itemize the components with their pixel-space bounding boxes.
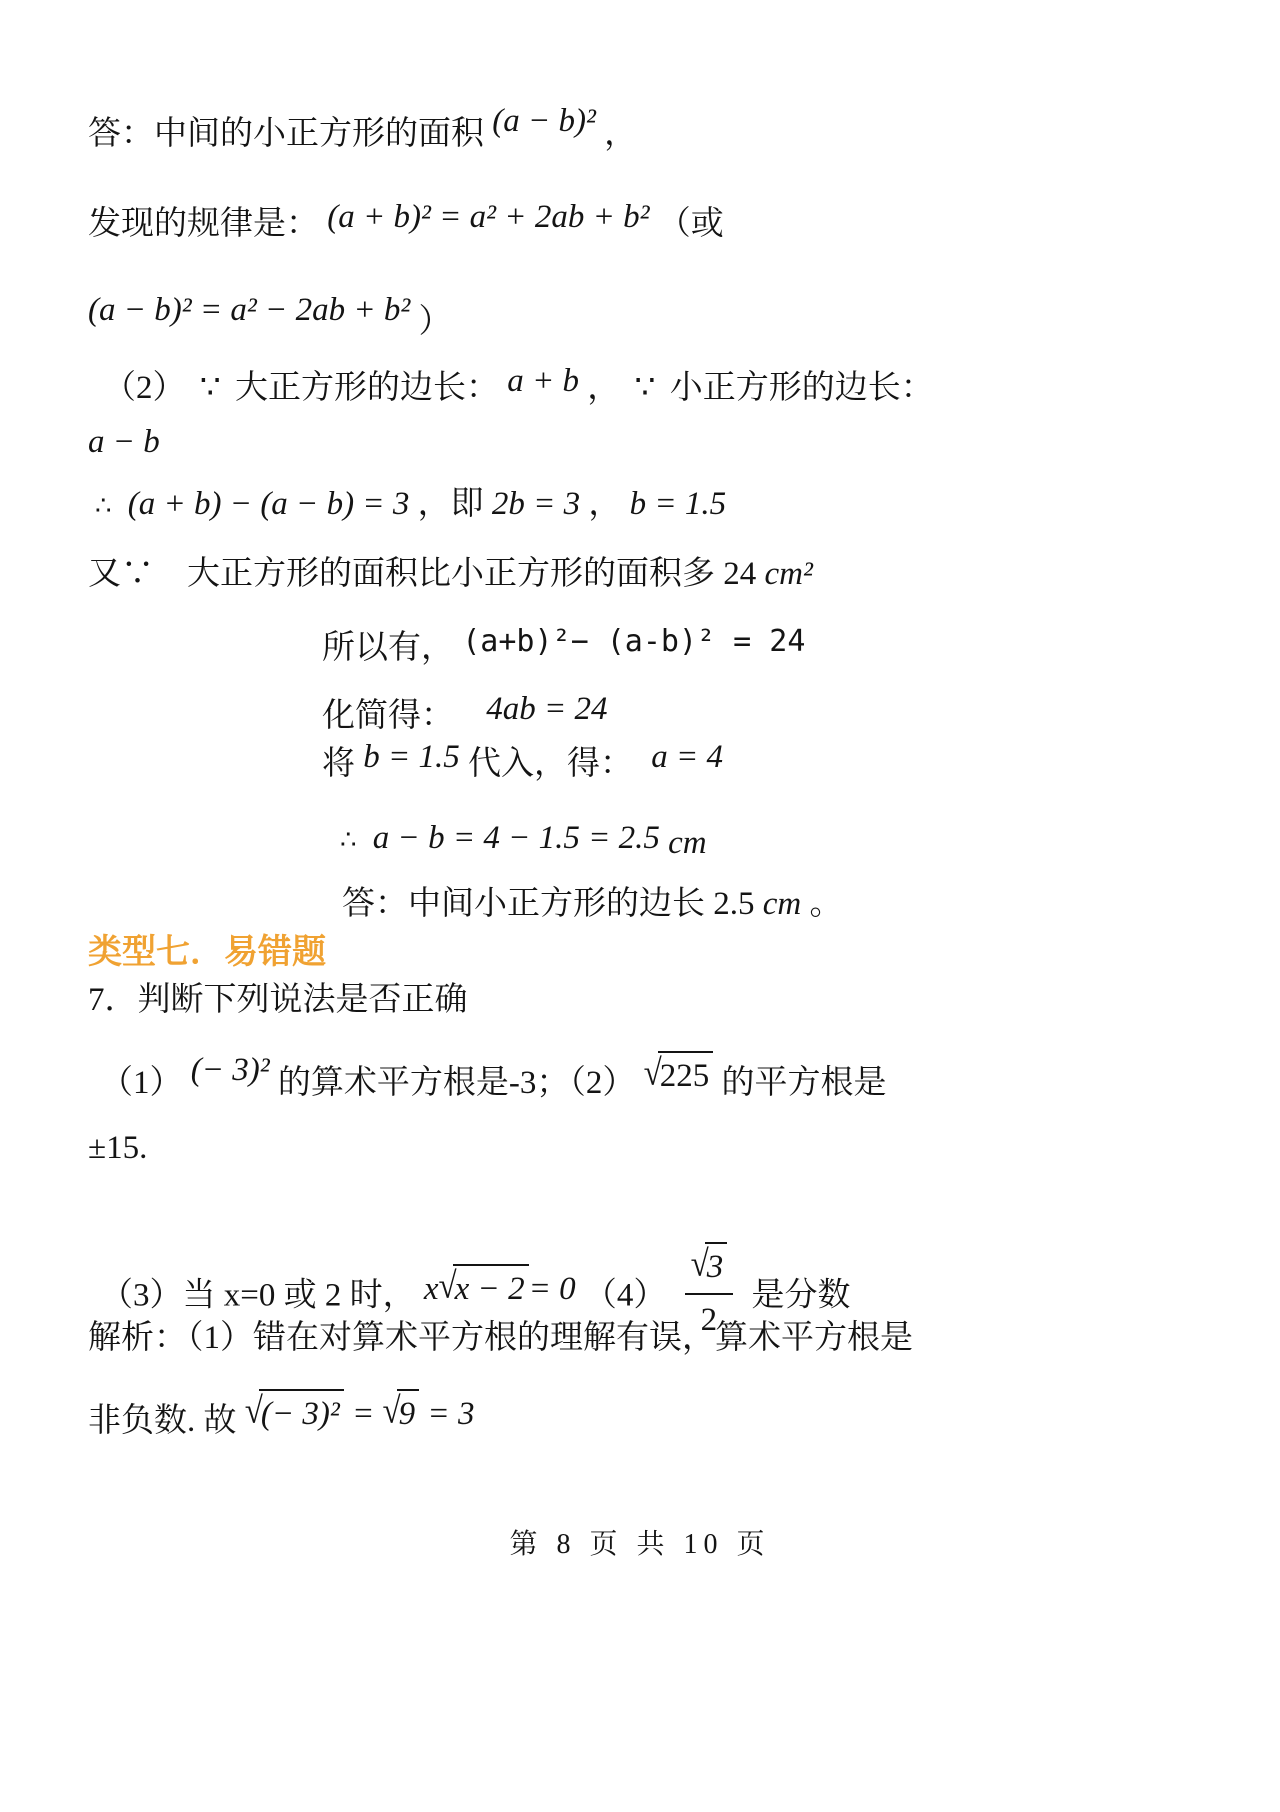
rule-line-2-paren: ）: [418, 300, 451, 345]
item-1-number: （1）: [100, 1065, 183, 1101]
formula-diff-square-expansion: (a − b)² = a² − 2ab + b²: [88, 288, 410, 333]
therefore-symbol: ∴: [95, 491, 120, 520]
question-7-item-1-2: （1） (− 3)² 的算术平方根是-3；（2） √225 的平方根是: [100, 1058, 887, 1106]
part2-number: （2）: [103, 370, 186, 406]
substitute-text-2: 代入，得：: [468, 746, 633, 782]
radicand-x-minus-2: x − 2: [453, 1264, 529, 1312]
simplify-line: 化简得： 4ab = 24: [322, 694, 608, 739]
area-difference-text: 又∵ 大正方形的面积比小正方形的面积多 24: [88, 556, 765, 592]
answer-line-2-text: 答：中间小正方形的边长 2.5: [342, 886, 763, 922]
formula-a-minus-b-squared: (a − b)²: [492, 99, 596, 144]
formula-a-equals-4: a = 4: [651, 735, 723, 780]
formula-b-equals-1-5: b = 1.5: [363, 735, 460, 780]
simplify-text: 化简得：: [322, 698, 454, 734]
item-3-text: （3）当 x=0 或 2 时，: [100, 1278, 416, 1314]
document-page: 答：中间的小正方形的面积 (a − b)² ， 发现的规律是： (a + b)²…: [0, 0, 1280, 1812]
deduction-mid-text: ，即: [418, 486, 484, 522]
analysis-line-2: 非负数. 故 √(− 3)² = √9 = 3: [88, 1396, 474, 1444]
rule-line-1-text: 发现的规律是：: [88, 206, 319, 242]
part2-text-1: 大正方形的边长：: [235, 370, 499, 406]
page-footer: 第 8 页 共 10 页: [0, 1522, 1280, 1562]
part2-comma: ，: [587, 370, 620, 406]
formula-sqrt-9: √9: [383, 1389, 420, 1437]
answer-line-1: 答：中间的小正方形的面积 (a − b)² ，: [88, 112, 637, 157]
analysis-line-2-text: 非负数. 故: [88, 1403, 237, 1439]
answer-line-1-comma: ，: [604, 116, 637, 152]
formula-b-equals-1-5: b = 1.5: [630, 486, 727, 522]
rule-line-1-or: （或: [658, 206, 724, 242]
deduction-line: ∴ (a + b) − (a − b) = 3 ，即 2b = 3 ， b = …: [95, 482, 726, 527]
formula-a-minus-b: a − b: [88, 424, 160, 460]
part2-line: （2） ∵ 大正方形的边长： a + b ， ∵ 小正方形的边长：: [103, 366, 934, 411]
formula-a-plus-b: a + b: [507, 359, 579, 404]
formula-4ab-equals-24: 4ab = 24: [486, 687, 607, 732]
question-7-title: 7．判断下列说法是否正确: [88, 978, 468, 1023]
formula-x: x: [424, 1267, 439, 1312]
formula-2b-equals-3: 2b = 3: [492, 486, 580, 522]
so-line: 所以有， (a+b)²− (a-b)² = 24: [322, 626, 805, 671]
item-4-number: （4）: [584, 1278, 667, 1314]
radical-sign: √: [383, 1387, 401, 1437]
plus-minus-15-line: ±15.: [88, 1126, 147, 1171]
fraction-numerator: √3: [685, 1242, 734, 1295]
unit-cm: cm: [668, 821, 706, 866]
answer-line-1-text: 答：中间的小正方形的面积: [88, 116, 484, 152]
rule-line-1: 发现的规律是： (a + b)² = a² + 2ab + b² （或: [88, 202, 724, 247]
so-text: 所以有，: [322, 630, 454, 666]
formula-neg-3-squared: (− 3)²: [191, 1048, 270, 1093]
section-heading-type7: 类型七．易错题: [88, 930, 326, 976]
deduction-comma: ，: [588, 486, 621, 522]
therefore-symbol: ∴: [340, 825, 365, 854]
radical-sign: √: [644, 1049, 662, 1099]
rule-line-2: (a − b)² = a² − 2ab + b² ）: [88, 295, 451, 340]
result-line: ∴ a − b = 4 − 1.5 = 2.5 cm: [340, 816, 707, 861]
formula-sqrt-225: √225: [644, 1051, 714, 1099]
answer-line-2: 答：中间小正方形的边长 2.5 cm 。: [342, 882, 842, 927]
formula-square-difference-24: (a+b)²− (a-b)² = 24: [462, 622, 805, 663]
radical-sign: √: [439, 1261, 457, 1311]
formula-sqrt-x-minus-2: √x − 2: [439, 1264, 529, 1312]
substitute-line: 将 b = 1.5 代入，得： a = 4: [322, 742, 723, 787]
radicand-225: 225: [658, 1051, 714, 1099]
item-2-text: 的平方根是: [722, 1065, 887, 1101]
item-1-text: 的算术平方根是-3；（2）: [278, 1065, 636, 1101]
item-4-text: 是分数: [751, 1278, 850, 1314]
unit-cm-squared: cm²: [765, 556, 813, 592]
substitute-text-1: 将: [322, 746, 355, 782]
formula-final-side: a − b = 4 − 1.5 = 2.5: [373, 820, 668, 856]
part2-text-2: 小正方形的边长：: [670, 370, 934, 406]
a-minus-b-line: a − b: [88, 420, 160, 465]
radicand-neg-3-squared: (− 3)²: [259, 1389, 344, 1437]
formula-equals-0: = 0: [529, 1267, 576, 1312]
formula-sum-square-expansion: (a + b)² = a² + 2ab + b²: [327, 195, 649, 240]
radical-sign: √: [691, 1240, 709, 1290]
analysis-line-1: 解析：（1）错在对算术平方根的理解有误，算术平方根是: [88, 1316, 913, 1361]
unit-cm: cm: [763, 886, 801, 922]
formula-sqrt-neg-3-squared: √(− 3)²: [245, 1389, 344, 1437]
because-symbol: ∵: [629, 370, 662, 406]
equals-sign: =: [352, 1392, 374, 1437]
formula-sqrt-3: √3: [691, 1242, 728, 1290]
area-difference-line: 又∵ 大正方形的面积比小正方形的面积多 24 cm²: [88, 552, 813, 597]
radical-sign: √: [245, 1387, 263, 1437]
formula-equals-3: = 3: [427, 1392, 474, 1437]
formula-side-difference: (a + b) − (a − b) = 3: [128, 486, 410, 522]
because-symbol: ∵: [194, 370, 227, 406]
answer-line-2-period: 。: [809, 886, 842, 922]
